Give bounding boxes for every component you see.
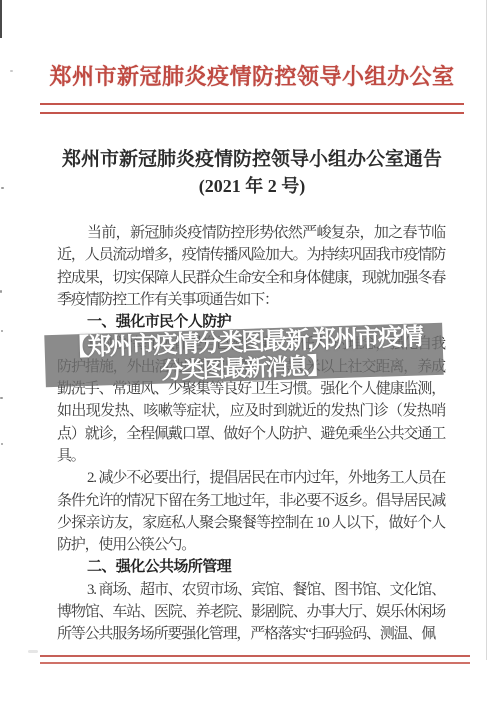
notice-title: 郑州市新冠肺炎疫情防控领导小组办公室通告 [40, 144, 464, 171]
scan-speck [0, 397, 3, 399]
scan-speck [1, 330, 3, 332]
scan-speck [0, 290, 2, 293]
scan-smudge [28, 650, 38, 653]
page-edge-shadow-line [486, 0, 487, 660]
body-paragraph-item-2: 2. 减少不必要出行，提倡居民在市内过年，外地务工人员在条件允许的情况下留在务工… [57, 467, 445, 556]
section-heading-2: 二、强化公共场所管理 [57, 556, 445, 578]
notice-number: (2021 年 2 号) [40, 172, 464, 198]
scan-speck [1, 443, 3, 445]
letterhead-double-rule [40, 103, 464, 114]
letterhead-title: 郑州市新冠肺炎疫情防控领导小组办公室 [40, 60, 464, 91]
scan-speck [10, 70, 13, 72]
scanned-notice-page: 郑州市新冠肺炎疫情防控领导小组办公室 郑州市新冠肺炎疫情防控领导小组办公室通告 … [0, 0, 500, 707]
footer-double-rule [40, 655, 470, 664]
notice-body: 当前，新冠肺炎疫情防控形势依然严峻复杂，加之春节临近，人员流动增多，疫情传播风险… [57, 222, 445, 646]
body-paragraph-item-3: 3. 商场、超市、农贸市场、宾馆、餐馆、图书馆、文化馆、博物馆、车站、医院、养老… [57, 579, 445, 646]
watermark-text-line-2: 分类图最新消息】 [160, 353, 329, 383]
body-paragraph-intro: 当前，新冠肺炎疫情防控形势依然严峻复杂，加之春节临近，人员流动增多，疫情传播风险… [57, 222, 445, 311]
scan-speck [1, 187, 4, 189]
scan-corner-mark [0, 0, 2, 38]
